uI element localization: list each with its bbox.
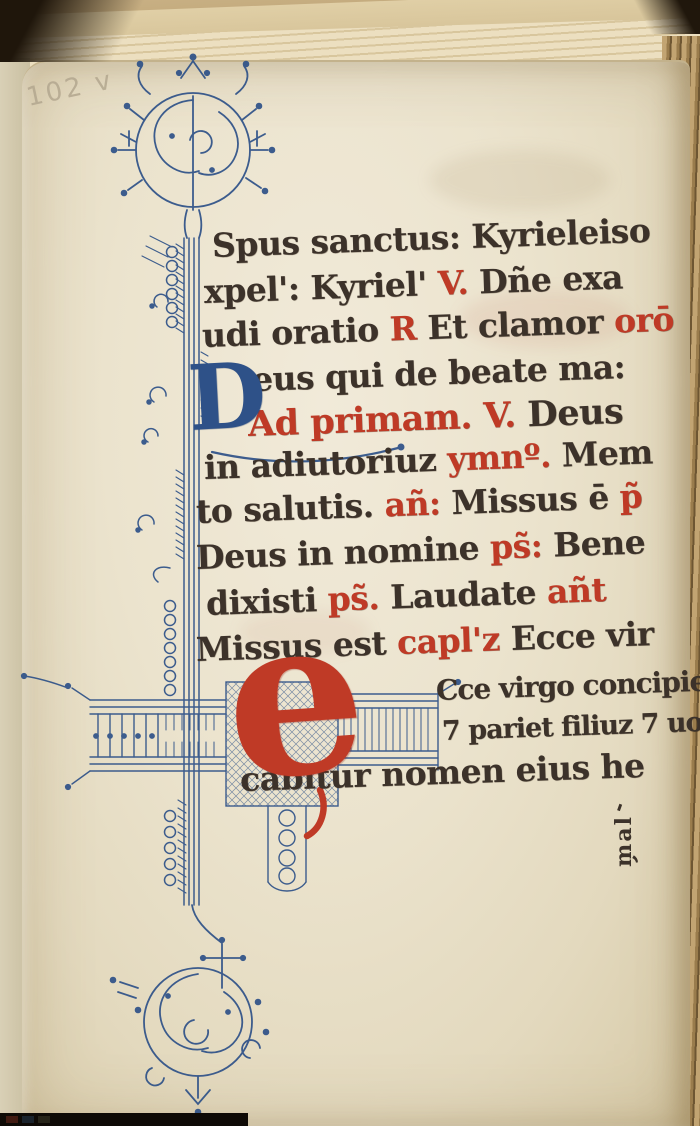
color-chip [6,1116,18,1123]
table-edge-strip [0,1113,248,1126]
text-segment-red: V. [437,262,480,302]
text-segment-ink: Laudate [390,572,548,616]
text-segment-ink: Bene [553,522,646,564]
text-segment-ink: xpel': Kyriel' [203,264,438,311]
text-segment-red: p̃ [619,476,643,516]
text-segment-red: capl'z [396,619,511,662]
text-segment-red: añt [546,570,606,611]
text-segment-ink: Ecce vir [510,614,654,658]
text-segment-red: R [389,308,428,348]
text-segment-ink: to salutis. [195,485,385,531]
initial-d: D [186,350,269,444]
manuscript-photo: 102 v [0,0,700,1126]
text-segment-ink: Missus ē [451,477,621,522]
initial-e: e [219,583,373,810]
penwork-bottom-flourish [111,905,269,1114]
text-segment-ink: Dñe exa [478,257,623,301]
text-segment-red: añ: [384,483,452,524]
penwork-top-flourish [118,61,268,238]
color-chip [38,1116,50,1123]
text-segment-red: orō [613,300,674,341]
text-segment-red: ymnº. [447,436,563,479]
text-segment-ink: Deus [527,391,624,435]
text-segment-red: ps̃: [489,526,554,567]
color-chip [22,1116,34,1123]
text-segment-ink: Et clamor [427,302,615,347]
text-segment-ink: Mem [561,432,653,474]
